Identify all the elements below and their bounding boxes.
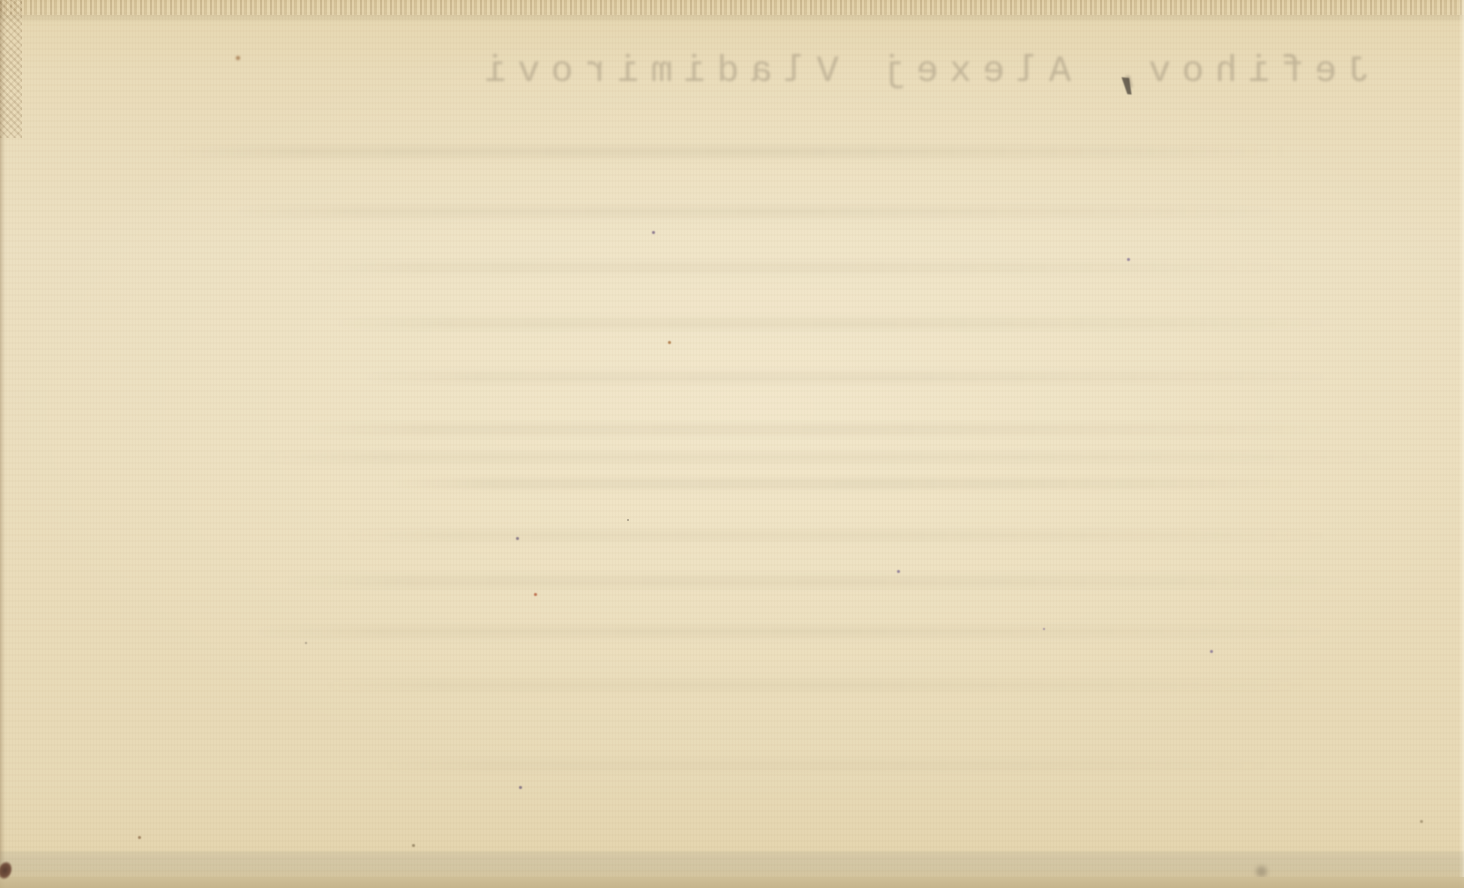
paper-speck	[236, 56, 240, 60]
scan-top-edge-texture	[0, 0, 1464, 15]
scanned-index-card: Jefihov, Alexej Vladimirovi ,	[0, 0, 1464, 888]
scan-left-edge-shadow	[0, 0, 6, 888]
paper-speck	[1420, 820, 1423, 823]
paper-speck	[668, 341, 671, 344]
ghost-band	[250, 626, 1340, 637]
ghost-band	[380, 478, 1330, 489]
paper-speck	[1043, 628, 1045, 630]
card-bottom-band	[0, 851, 1464, 878]
ghost-band	[170, 146, 1290, 157]
bleedthrough-text: Jefihov, Alexej Vladimirovi	[474, 51, 1371, 93]
paper-speck	[516, 537, 519, 540]
bleedthrough-text-line: Jefihov, Alexej Vladimirovi	[428, 38, 1370, 106]
speck-layer	[0, 0, 1464, 888]
ghost-band	[380, 760, 1280, 771]
ghost-band	[250, 452, 1400, 463]
ghost-band	[330, 318, 1340, 329]
paper-speck	[138, 836, 141, 839]
paper-speck	[305, 642, 307, 644]
paper-speck	[1127, 258, 1130, 261]
ghost-band	[360, 372, 1340, 383]
paper-speck	[519, 786, 522, 789]
card-bottom-edge	[0, 877, 1464, 888]
ink-comma-mark: ,	[1111, 47, 1142, 101]
paper-speck	[652, 231, 655, 234]
paper-speck	[627, 519, 629, 521]
paper-speck	[412, 844, 415, 847]
ghost-band	[230, 206, 1290, 217]
ghost-band	[340, 530, 1340, 541]
paper-speck	[897, 570, 900, 573]
paper-speck	[534, 593, 537, 596]
ghost-band	[280, 576, 1360, 587]
ghost-band	[300, 424, 1350, 435]
scan-right-edge-highlight	[1459, 0, 1464, 888]
ghost-band	[300, 262, 1300, 273]
paper-speck	[1210, 650, 1213, 653]
ghost-band	[320, 680, 1320, 691]
